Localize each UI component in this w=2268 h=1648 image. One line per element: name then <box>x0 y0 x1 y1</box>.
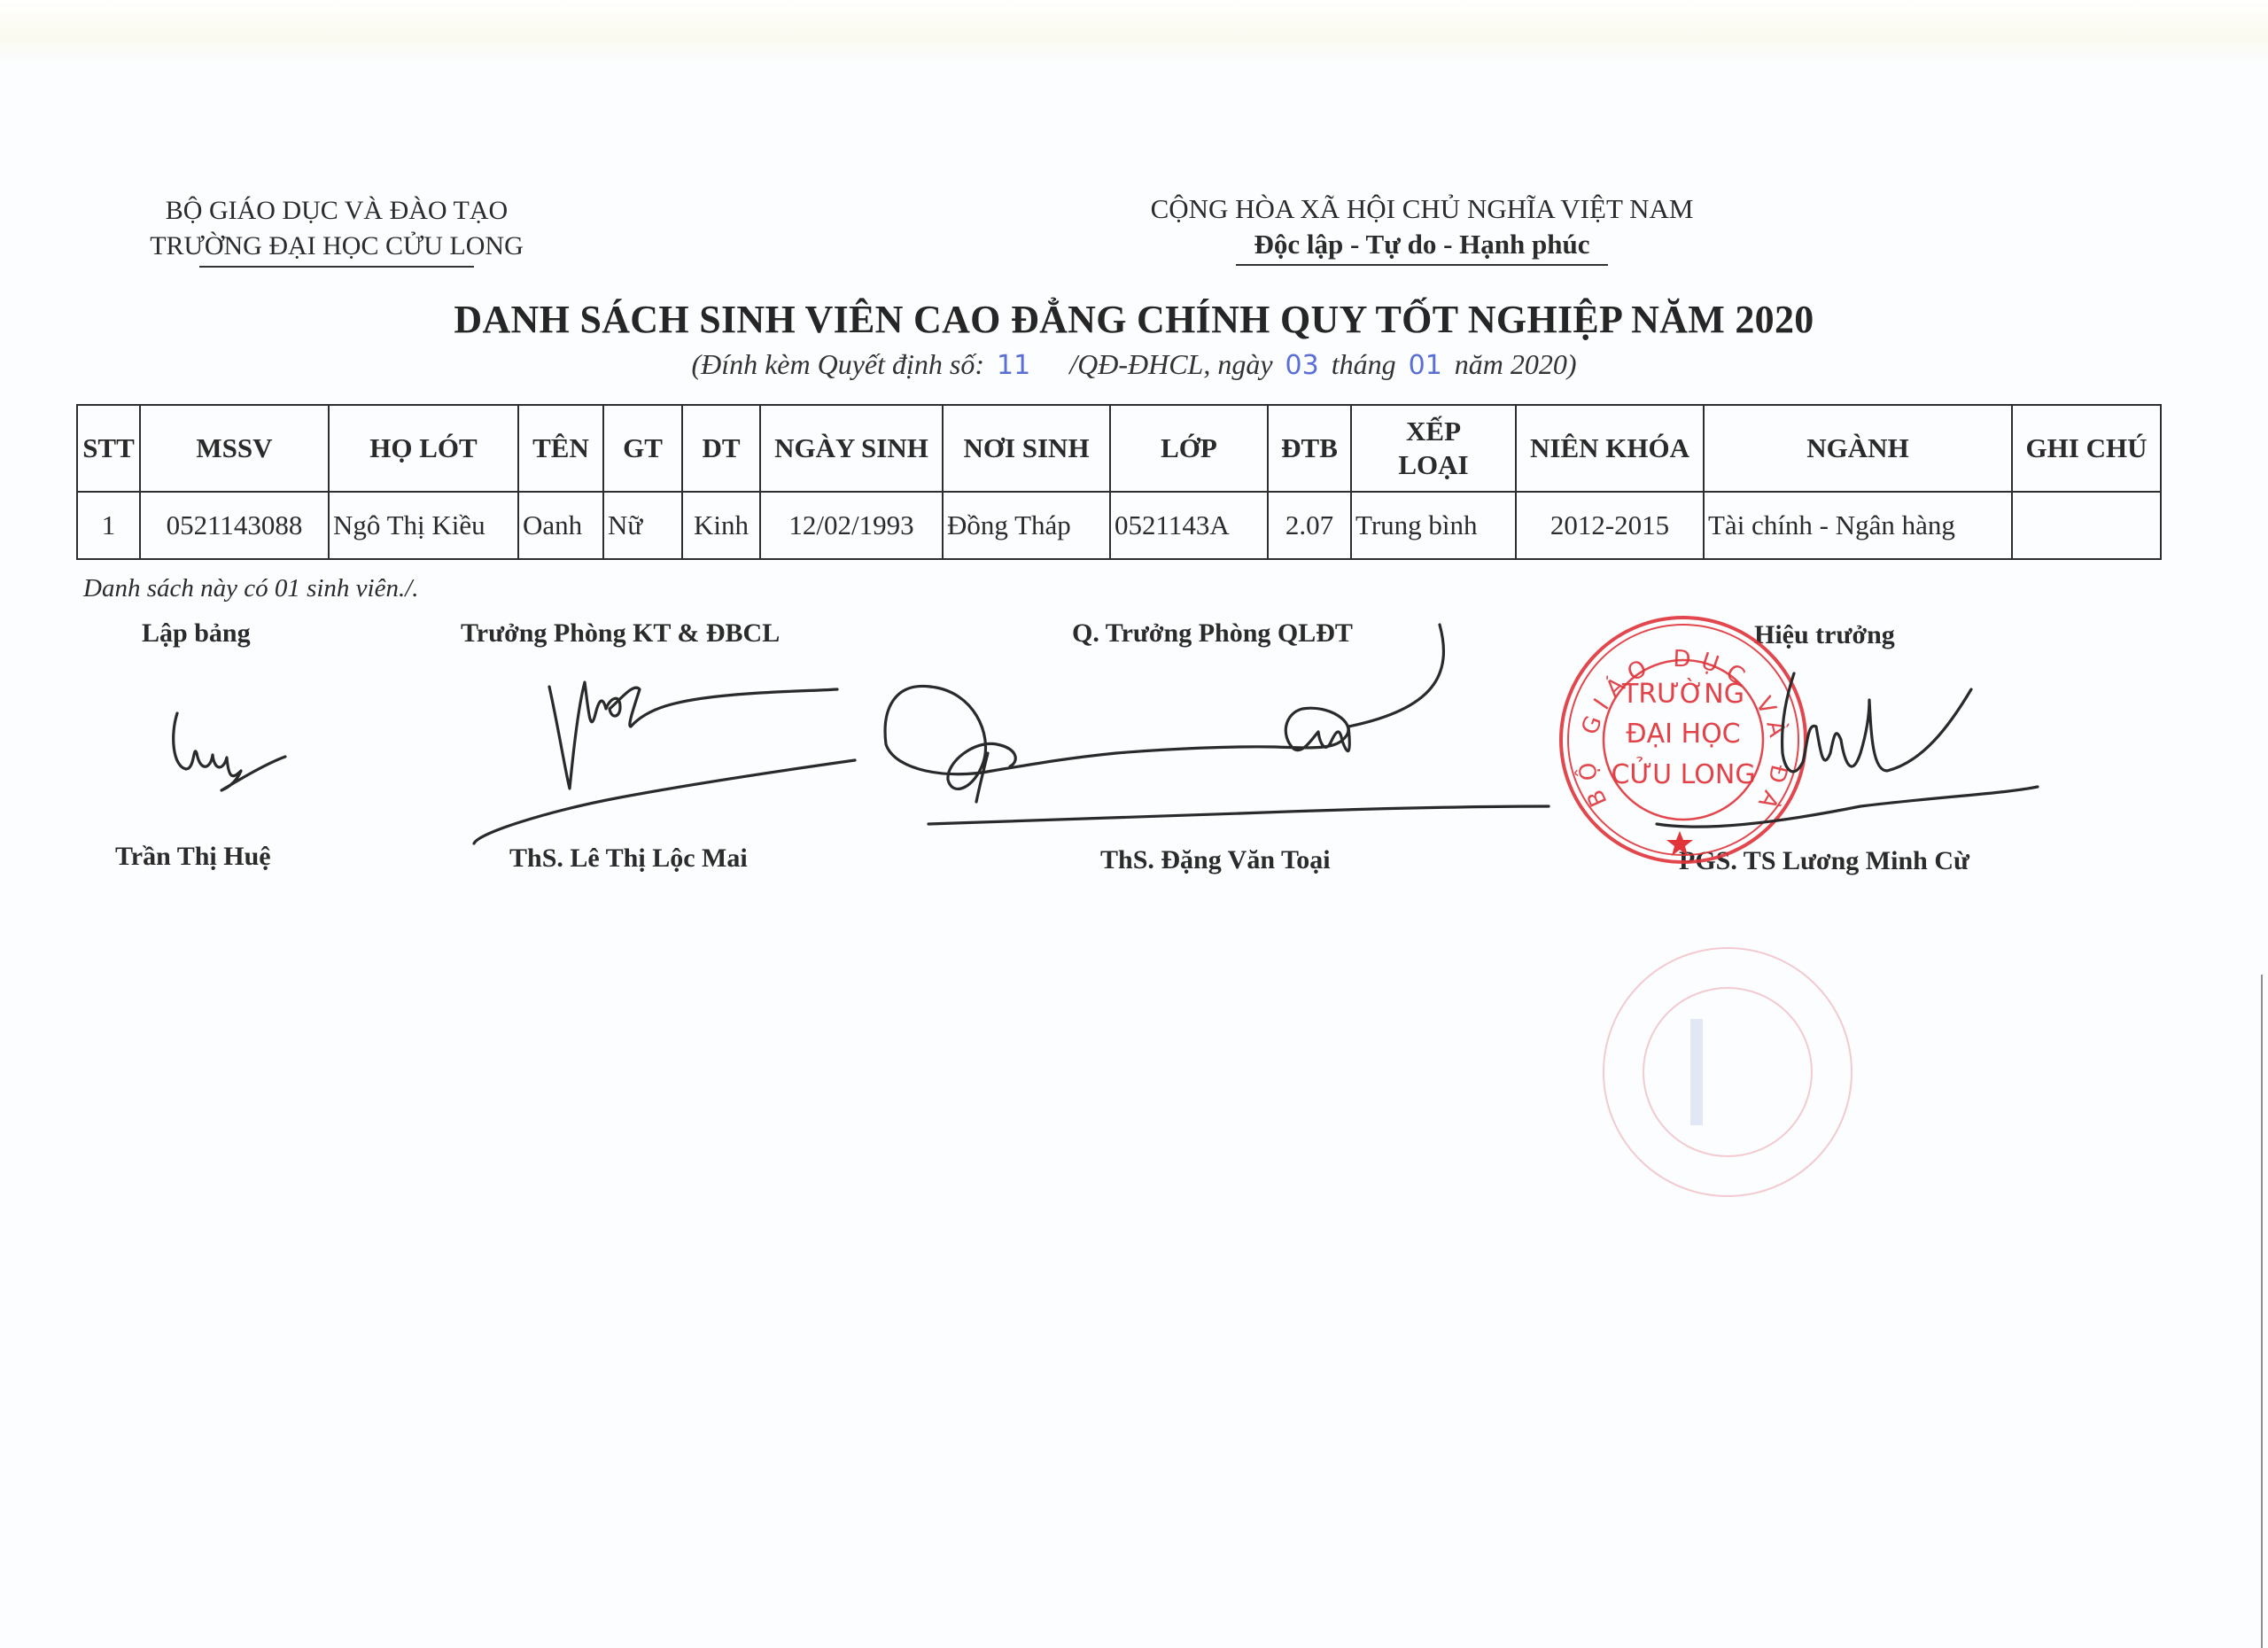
decision-day: 03 <box>1280 350 1324 381</box>
decision-month: 01 <box>1403 350 1448 381</box>
signatory-role-rector: Hiệu trưởng <box>1754 620 1895 650</box>
cell-gt: Nữ <box>603 492 682 559</box>
cell-lop: 0521143A <box>1110 492 1268 559</box>
national-header: CỘNG HÒA XÃ HỘI CHỦ NGHĨA VIỆT NAM Độc l… <box>1125 191 1719 266</box>
decision-number: 11 <box>991 350 1036 381</box>
cell-nganh: Tài chính - Ngân hàng <box>1704 492 2012 559</box>
document-subtitle: (Đính kèm Quyết định số: 11 /QĐ-ĐHCL, ng… <box>0 348 2268 381</box>
cell-dt: Kinh <box>682 492 760 559</box>
signature-rector <box>1783 673 1971 772</box>
country-name: CỘNG HÒA XÃ HỘI CHỦ NGHĨA VIỆT NAM <box>1125 191 1719 227</box>
national-motto: Độc lập - Tự do - Hạnh phúc <box>1125 227 1719 262</box>
issuer-header: BỘ GIÁO DỤC VÀ ĐÀO TẠO TRƯỜNG ĐẠI HỌC CỬ… <box>133 193 540 268</box>
svg-text:CỬU LONG: CỬU LONG <box>1611 756 1755 790</box>
col-header-ngay-sinh: NGÀY SINH <box>760 405 943 492</box>
cell-ho-lot: Ngô Thị Kiều <box>329 492 518 559</box>
signature-training-head-underline <box>928 806 1549 824</box>
cell-nien-khoa: 2012-2015 <box>1516 492 1704 559</box>
signature-qa-head-underline <box>474 760 855 843</box>
col-header-dt: DT <box>682 405 760 492</box>
col-header-lop: LỚP <box>1110 405 1268 492</box>
cell-ngay-sinh: 12/02/1993 <box>760 492 943 559</box>
cell-noi-sinh: Đồng Tháp <box>943 492 1110 559</box>
col-header-stt: STT <box>77 405 140 492</box>
cell-mssv: 0521143088 <box>140 492 329 559</box>
signature-qa-head <box>549 682 837 789</box>
signature-training-head-loop <box>930 687 1015 802</box>
motto-divider <box>1236 264 1608 266</box>
signatory-name-qa-head: ThS. Lê Thị Lộc Mai <box>509 843 748 874</box>
scan-edge-shadow <box>0 0 2268 62</box>
svg-text:TRƯỜNG: TRƯỜNG <box>1621 677 1744 710</box>
col-header-noi-sinh: NƠI SINH <box>943 405 1110 492</box>
document-title: DANH SÁCH SINH VIÊN CAO ĐẲNG CHÍNH QUY T… <box>0 297 2268 342</box>
graduates-table: STT MSSV HỌ LÓT TÊN GT DT NGÀY SINH NƠI … <box>76 404 2162 560</box>
subtitle-prefix: (Đính kèm Quyết định số: <box>691 348 984 380</box>
signatory-name-training-head: ThS. Đặng Văn Toại <box>1100 845 1331 875</box>
svg-text:ĐẠI HỌC: ĐẠI HỌC <box>1626 719 1740 750</box>
col-header-dtb: ĐTB <box>1268 405 1351 492</box>
col-header-gt: GT <box>603 405 682 492</box>
cell-ten: Oanh <box>518 492 603 559</box>
signatory-name-rector: PGS. TS Lương Minh Cừ <box>1679 846 1969 876</box>
signature-preparer <box>174 713 285 790</box>
col-header-mssv: MSSV <box>140 405 329 492</box>
signatory-role-training-head: Q. Trưởng Phòng QLĐT <box>1072 618 1353 649</box>
scan-edge-line <box>2261 975 2263 1648</box>
signature-rector-underline <box>1657 787 2038 827</box>
col-header-xep-loai: XẾP LOẠI <box>1351 405 1516 492</box>
seal-rings <box>1561 618 1806 862</box>
school-name: TRƯỜNG ĐẠI HỌC CỬU LONG <box>133 229 540 264</box>
list-count-note: Danh sách này có 01 sinh viên./. <box>83 574 419 603</box>
col-header-ho-lot: HỌ LÓT <box>329 405 518 492</box>
col-header-ten: TÊN <box>518 405 603 492</box>
cell-ghi-chu <box>2012 492 2161 559</box>
cell-stt: 1 <box>77 492 140 559</box>
seal-inner-text: TRƯỜNG ĐẠI HỌC CỬU LONG <box>1611 677 1755 790</box>
subtitle-mid2: tháng <box>1332 348 1396 380</box>
cell-xep-loai: Trung bình <box>1351 492 1516 559</box>
header-divider <box>199 266 474 268</box>
col-header-nien-khoa: NIÊN KHÓA <box>1516 405 1704 492</box>
ministry-name: BỘ GIÁO DỤC VÀ ĐÀO TẠO <box>133 193 540 229</box>
signatory-role-preparer: Lập bảng <box>142 618 251 649</box>
col-header-nganh: NGÀNH <box>1704 405 2012 492</box>
table-row: 1 0521143088 Ngô Thị Kiều Oanh Nữ Kinh 1… <box>77 492 2161 559</box>
table-header-row: STT MSSV HỌ LÓT TÊN GT DT NGÀY SINH NƠI … <box>77 405 2161 492</box>
subtitle-suffix: năm 2020) <box>1455 348 1577 380</box>
signatory-name-preparer: Trần Thị Huệ <box>115 842 271 872</box>
col-header-ghi-chu: GHI CHÚ <box>2012 405 2161 492</box>
signatory-role-qa-head: Trưởng Phòng KT & ĐBCL <box>461 618 780 649</box>
cell-dtb: 2.07 <box>1268 492 1351 559</box>
subtitle-mid1: /QĐ-ĐHCL, ngày <box>1043 348 1272 380</box>
